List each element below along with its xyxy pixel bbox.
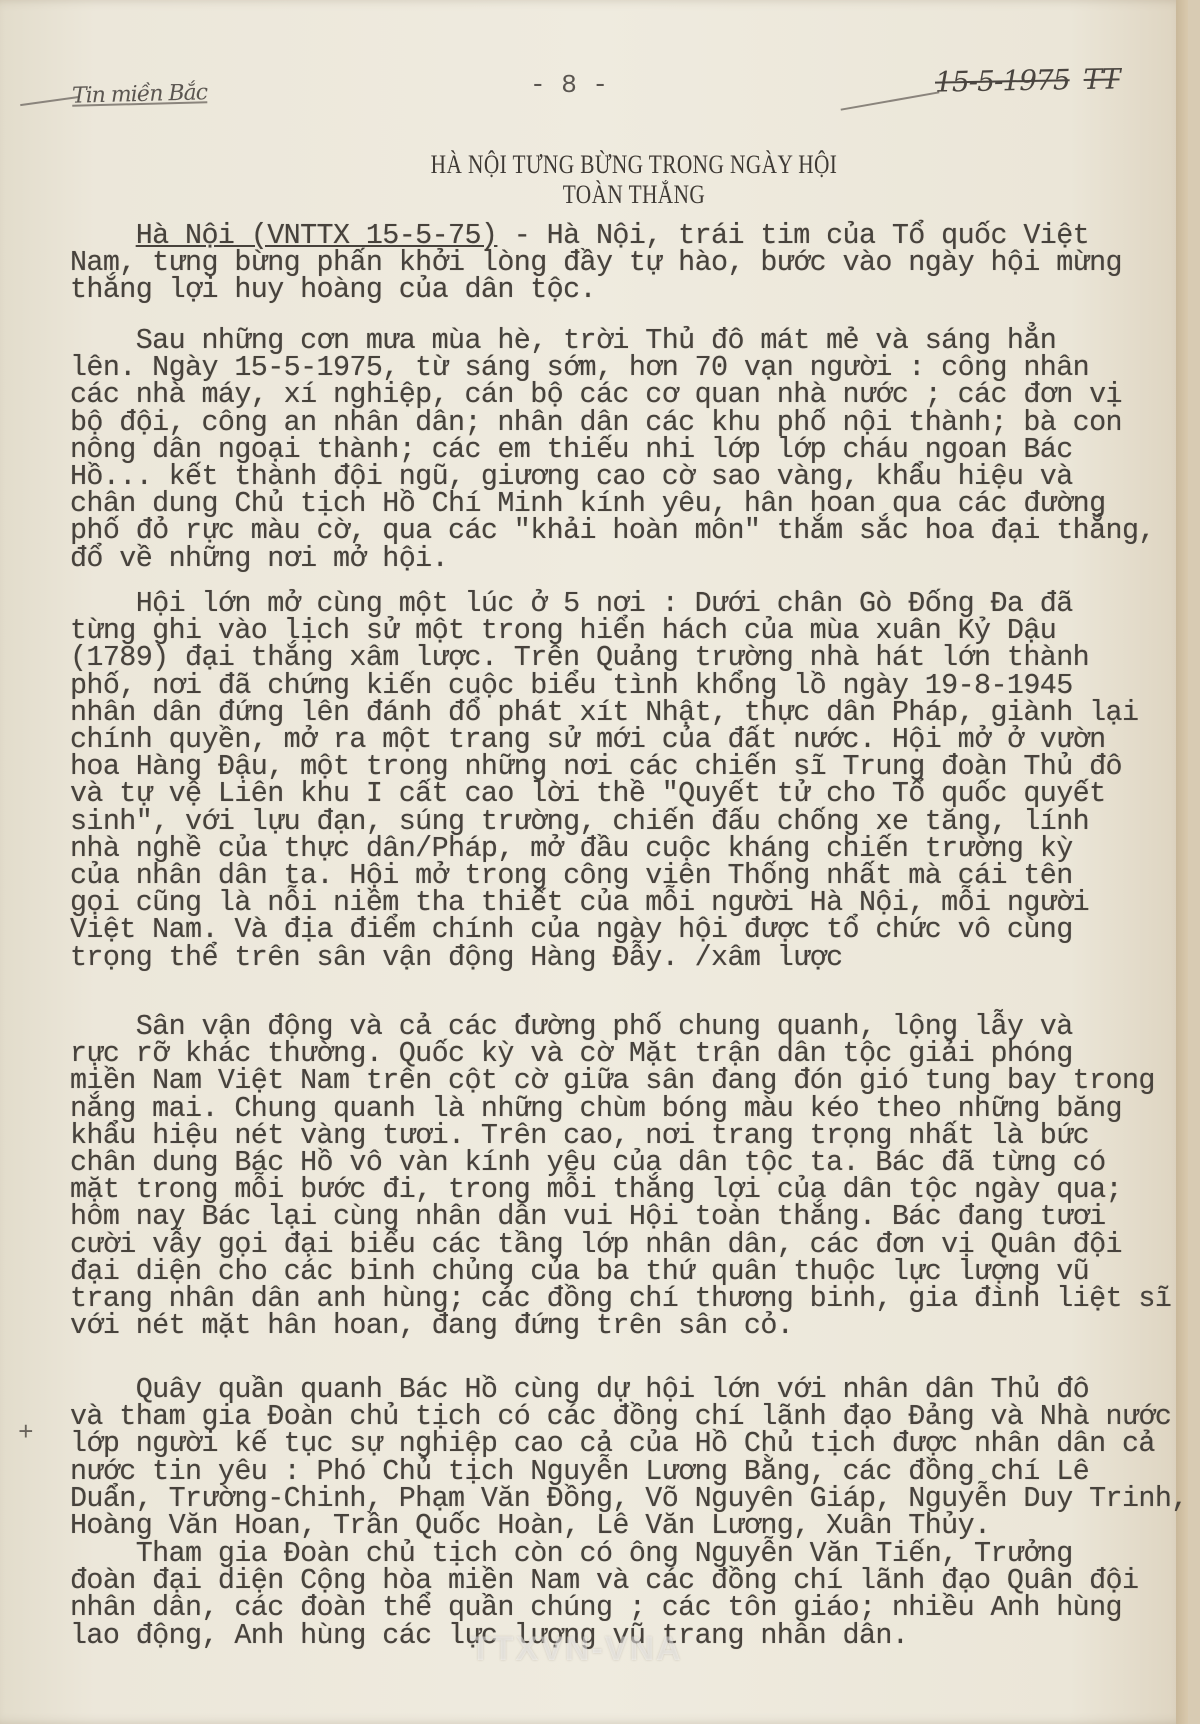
text-line: sinh", với lựu đạn, súng trường, chiến đ… — [70, 808, 1160, 835]
text-line: bộ đội, công an nhân dân; nhân dân các k… — [70, 409, 1160, 436]
text-line: Việt Nam. Và địa điểm chính của ngày hội… — [70, 916, 1160, 943]
page-edge — [1176, 0, 1188, 1724]
text-line: Hồ... kết thành đội ngũ, giương cao cờ s… — [70, 463, 1160, 490]
text-line: Hoàng Văn Hoan, Trần Quốc Hoàn, Lê Văn L… — [70, 1512, 1160, 1539]
header-date: 15-5-1975TT — [935, 62, 1120, 98]
text-line: chính quyền, mở ra một trang sử mới của … — [70, 726, 1160, 753]
text-line: rực rỡ khác thường. Quốc kỳ và cờ Mặt tr… — [70, 1040, 1160, 1067]
text-line: đổ về những nơi mở hội. — [70, 545, 1160, 572]
document-page: Tin miền Bắc - 8 - 15-5-1975TT HÀ NỘI TƯ… — [0, 0, 1188, 1724]
text-line: khẩu hiệu nét vàng tươi. Trên cao, nơi t… — [70, 1122, 1160, 1149]
headline-line-1: HÀ NỘI TƯNG BỪNG TRONG NGÀY HỘI — [147, 150, 1121, 180]
text-line: Tham gia Đoàn chủ tịch còn có ông Nguyễn… — [70, 1540, 1160, 1567]
text-line: nước tin yêu : Phó Chủ tịch Nguyễn Lương… — [70, 1458, 1160, 1485]
text-line: Hội lớn mở cùng một lúc ở 5 nơi : Dưới c… — [70, 590, 1160, 617]
pen-stroke — [20, 96, 80, 106]
text-line: Hà Nội (VNTTX 15-5-75) - Hà Nội, trái ti… — [70, 222, 1160, 249]
text-line: trang nhân dân anh hùng; các đồng chí th… — [70, 1285, 1160, 1312]
text-line: Sân vận động và cả các đường phố chung q… — [70, 1013, 1160, 1040]
header-date-value: 15-5-1975 — [935, 63, 1070, 98]
text-line: trọng thể trên sân vận động Hàng Đẫy. /x… — [70, 944, 1160, 971]
text-line: nhà nghề của thực dân/Pháp, mở đầu cuộc … — [70, 835, 1160, 862]
paragraph-morning-crowd: Sau những cơn mưa mùa hè, trời Thủ đô má… — [70, 327, 1160, 572]
text-line: nhân dân đứng lên đánh đổ phát xít Nhật,… — [70, 699, 1160, 726]
paragraph-presidium: Quây quần quanh Bác Hồ cùng dự hội lớn v… — [70, 1376, 1160, 1539]
pen-stroke — [841, 91, 940, 110]
header-date-suffix: TT — [1083, 62, 1119, 96]
text-line: lớp người kế tục sự nghiệp cao cả của Hồ… — [70, 1430, 1160, 1457]
page-number: - 8 - — [530, 70, 608, 100]
text-line: cười vẫy gọi đại biểu các tầng lớp nhân … — [70, 1231, 1160, 1258]
text-line: đại diện cho các binh chủng của ba thứ q… — [70, 1258, 1160, 1285]
agency-watermark: TTXVN-VNA — [470, 1630, 683, 1669]
margin-plus-mark: + — [18, 1418, 34, 1448]
text-line: hôm nay Bác lại cùng nhân dân vui Hội to… — [70, 1203, 1160, 1230]
text-line: miền Nam Việt Nam trên cột cờ giữa sân đ… — [70, 1067, 1160, 1094]
text-line: đoàn đại diện Cộng hòa miền Nam và các đ… — [70, 1567, 1160, 1594]
text-line: phố, nơi đã chứng kiến cuộc biểu tình kh… — [70, 672, 1160, 699]
text-line: nhân dân, các đoàn thể quần chúng ; các … — [70, 1594, 1160, 1621]
text-line: gọi cũng là nỗi niềm tha thiết của mỗi n… — [70, 889, 1160, 916]
text-line: nắng mai. Chung quanh là những chùm bóng… — [70, 1095, 1160, 1122]
text-line: lên. Ngày 15-5-1975, từ sáng sớm, hơn 70… — [70, 354, 1160, 381]
text-line: nông dân ngoại thành; các em thiếu nhi l… — [70, 436, 1160, 463]
text-line: và tự vệ Liên khu I cất cao lời thề "Quy… — [70, 780, 1160, 807]
paragraph-stadium: Sân vận động và cả các đường phố chung q… — [70, 1013, 1160, 1339]
text-line: hoa Hàng Đậu, một trong những nơi các ch… — [70, 753, 1160, 780]
text-line: Quây quần quanh Bác Hồ cùng dự hội lớn v… — [70, 1376, 1160, 1403]
headline-line-2: TOÀN THẮNG — [147, 180, 1121, 210]
text-line: và tham gia Đoàn chủ tịch có các đồng ch… — [70, 1403, 1160, 1430]
header-source-note: Tin miền Bắc — [72, 80, 208, 109]
text-line: với nét mặt hân hoan, đang đứng trên sân… — [70, 1312, 1160, 1339]
text-line: Sau những cơn mưa mùa hè, trời Thủ đô má… — [70, 327, 1160, 354]
text-line: Duẩn, Trường-Chinh, Phạm Văn Đồng, Võ Ng… — [70, 1485, 1160, 1512]
text-line: thắng lợi huy hoàng của dân tộc. — [70, 276, 1160, 303]
text-line: các nhà máy, xí nghiệp, cán bộ các cơ qu… — [70, 381, 1160, 408]
paragraph-five-venues: Hội lớn mở cùng một lúc ở 5 nơi : Dưới c… — [70, 590, 1160, 971]
text-line: phố đỏ rực màu cờ, qua các "khải hoàn mô… — [70, 517, 1160, 544]
paragraph-lead: Hà Nội (VNTTX 15-5-75) - Hà Nội, trái ti… — [70, 222, 1160, 304]
text-line: (1789) đại thắng xâm lược. Trên Quảng tr… — [70, 644, 1160, 671]
